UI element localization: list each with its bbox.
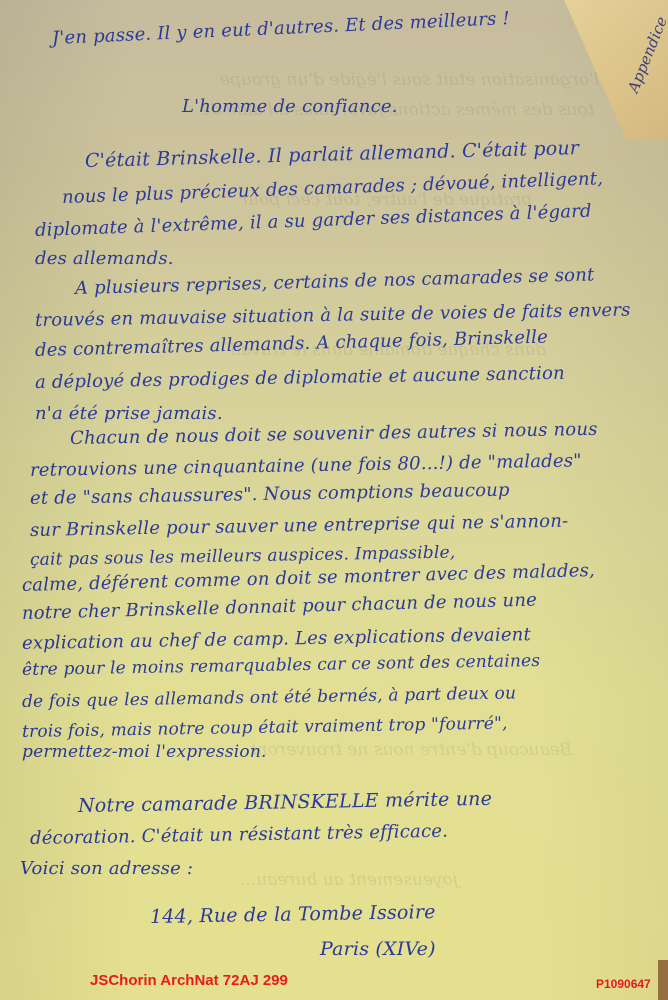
handwritten-line: a déployé des prodiges de diplomatie et …: [35, 363, 565, 393]
handwritten-line: retrouvions une cinquantaine (une fois 8…: [30, 450, 582, 481]
handwritten-line: des allemands.: [35, 248, 174, 269]
bleed-through: Beaucoup d'entre nous ne trouveront: [250, 740, 572, 760]
bleed-through: joyeusement au bureau...: [240, 870, 458, 890]
handwritten-line: Paris (XIVe): [320, 938, 436, 960]
handwritten-line: A plusieurs reprises, certains de nos ca…: [75, 264, 595, 299]
bleed-through: l'organisation était sous l'égide d'un g…: [220, 70, 599, 90]
handwritten-line: être pour le moins remarquables car ce s…: [22, 651, 541, 680]
handwritten-line: décoration. C'était un résistant très ef…: [30, 821, 448, 849]
handwritten-line: C'était Brinskelle. Il parlait allemand.…: [85, 137, 580, 172]
handwritten-line: 144, Rue de la Tombe Issoire: [150, 901, 436, 928]
handwritten-line: permettez-moi l'expression.: [22, 742, 267, 762]
source-caption: JSChorin ArchNat 72AJ 299: [90, 972, 288, 989]
handwritten-line: de fois que les allemands ont été bernés…: [22, 683, 516, 712]
handwritten-line: Notre camarade BRINSKELLE mérite une: [78, 788, 492, 817]
handwritten-line: trois fois, mais notre coup était vraime…: [22, 714, 508, 742]
handwritten-line: n'a été prise jamais.: [35, 403, 223, 424]
handwritten-line: notre cher Brinskelle donnait pour chacu…: [22, 590, 538, 624]
handwritten-line: explication au chef de camp. Les explica…: [22, 624, 531, 654]
letter-page: Appendice l'organisation était sous l'ég…: [0, 0, 668, 1000]
handwritten-line: Voici son adresse :: [20, 858, 193, 879]
handwritten-line: J'en passe. Il y en eut d'autres. Et des…: [52, 8, 511, 49]
page-edge: [658, 960, 668, 1000]
photo-id-caption: P1090647: [596, 977, 651, 991]
handwritten-line: et de "sans chaussures". Nous comptions …: [30, 480, 510, 509]
handwritten-line: sur Brinskelle pour sauver une entrepris…: [30, 511, 569, 541]
underlay-note: Appendice: [624, 14, 668, 95]
handwritten-line: L'homme de confiance.: [182, 96, 398, 117]
